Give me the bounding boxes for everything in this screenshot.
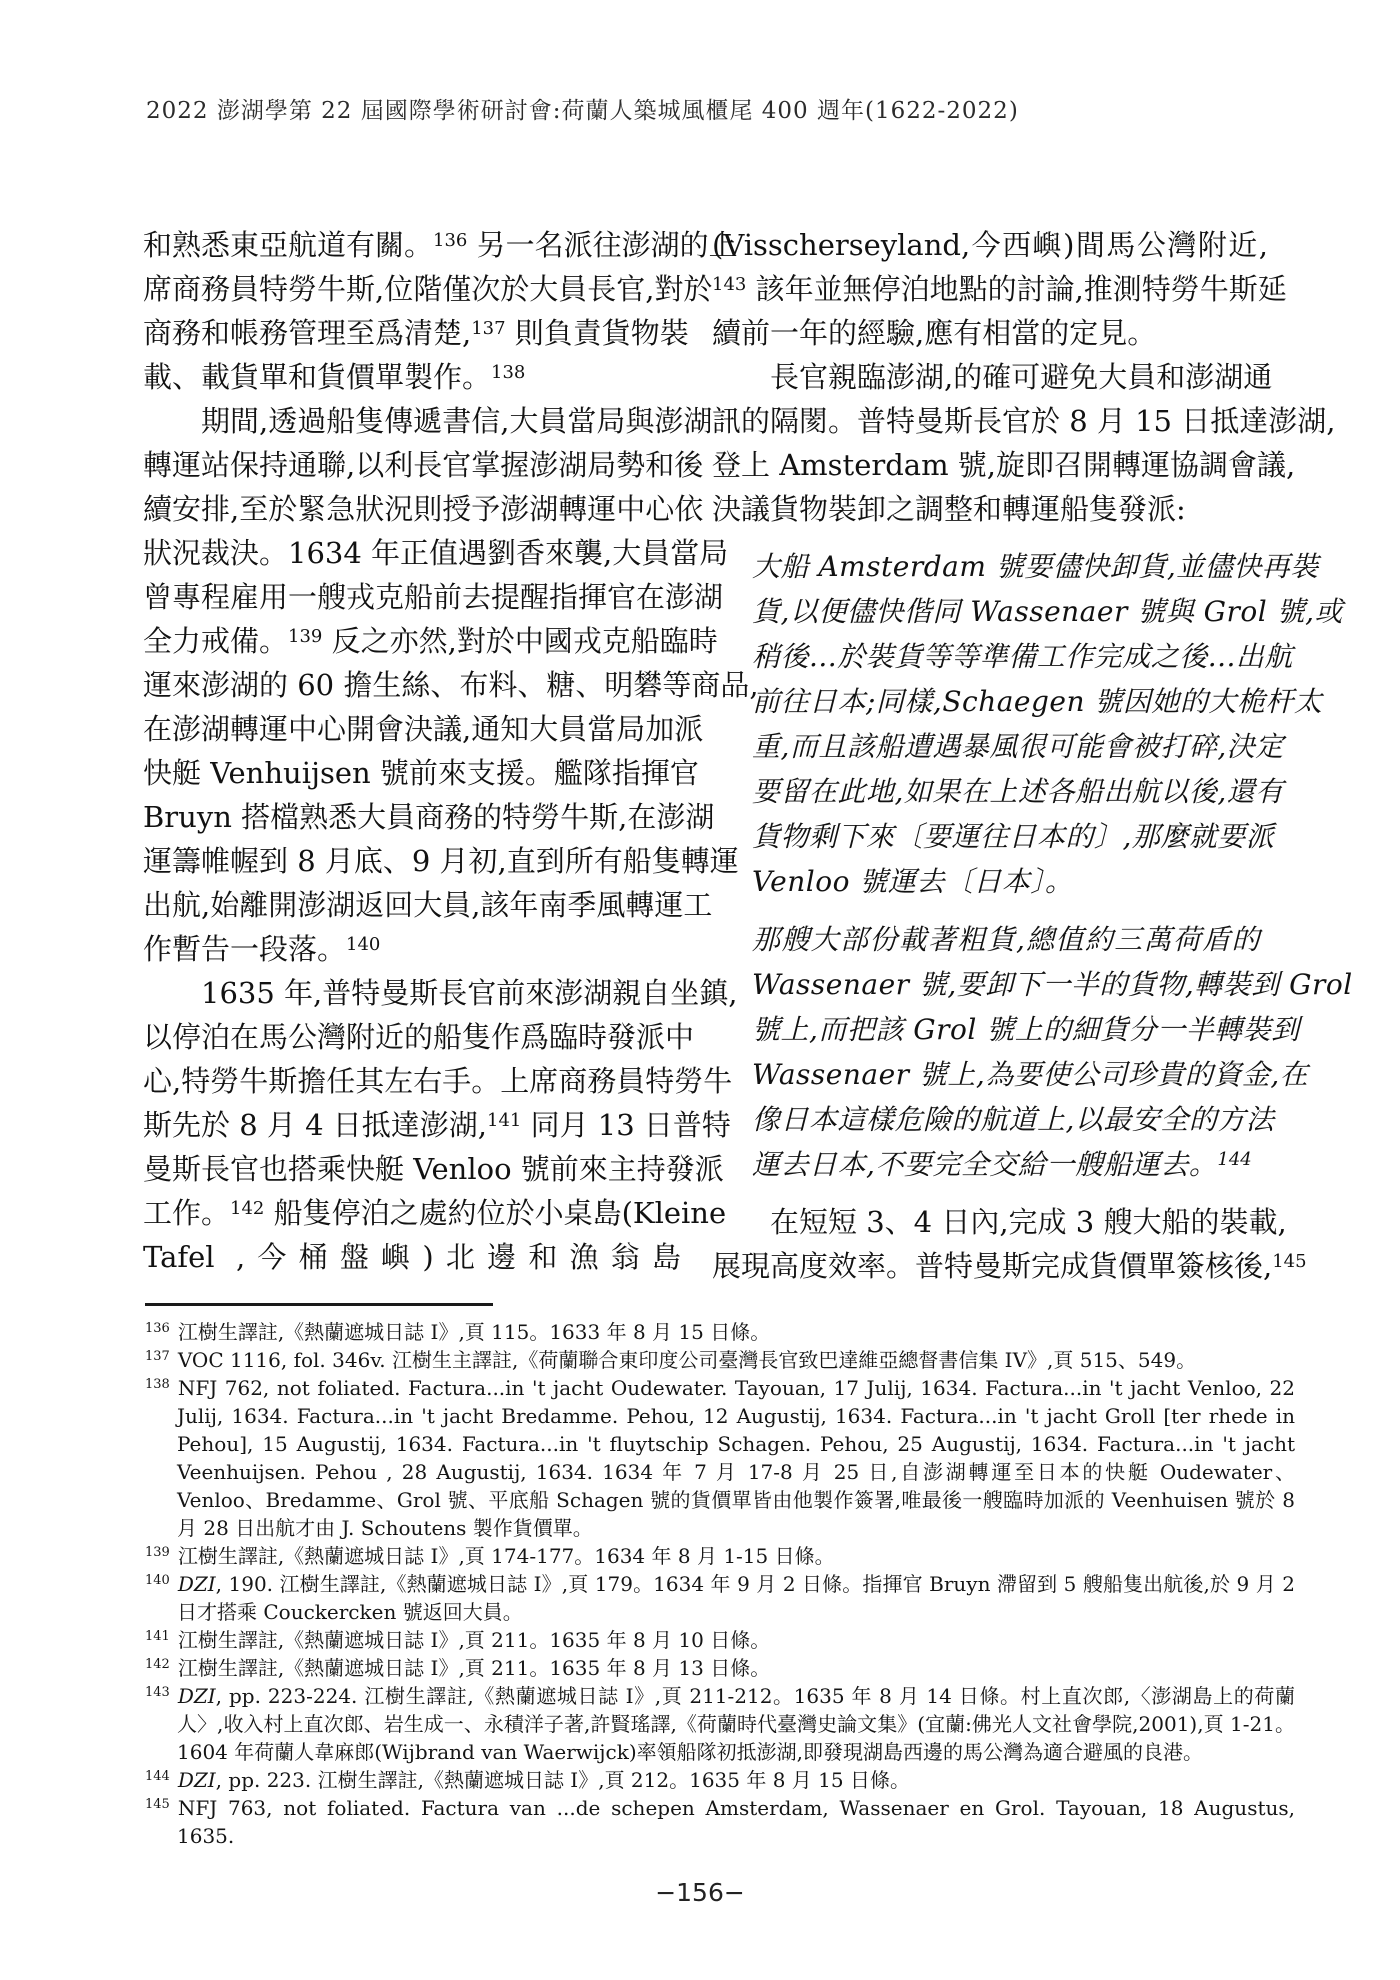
running-header: 2022 澎湖學第 22 屆國際學術研討會:荷蘭人築城風櫃尾 400 週年(16…	[146, 92, 1266, 125]
text-line: Wassenaer 號,要卸下一半的貨物,轉裝到 Grol	[752, 962, 1260, 1007]
text-line: 工作。142 船隻停泊之處約位於小桌島(Kleine	[143, 1191, 681, 1235]
text-line: 運來澎湖的 60 擔生絲、布料、糖、明礬等商品,	[143, 663, 681, 707]
paragraph: (Visscherseyland,今西嶼)間馬公灣附近,143 該年並無停泊地點…	[712, 223, 1268, 531]
text-line: 在短短 3、4 日內,完成 3 艘大船的裝載,	[712, 1200, 1268, 1244]
left-text-column: 和熟悉東亞航道有關。136 另一名派往澎湖的上席商務員特勞牛斯,位階僅次於大員長…	[143, 223, 681, 1279]
text-line: 期間,透過船隻傳遞書信,大員當局與澎湖	[143, 399, 681, 443]
footnote-number: 145	[145, 1797, 170, 1812]
text-line: 那艘大部份載著粗貨,總值約三萬荷盾的	[752, 917, 1260, 962]
text-line: 出航,始離開澎湖返回大員,該年南季風轉運工	[143, 883, 681, 927]
footnote-separator	[145, 1303, 493, 1306]
text-line: 斯先於 8 月 4 日抵達澎湖,141 同月 13 日普特	[143, 1103, 681, 1147]
text-line: 要留在此地,如果在上述各船出航以後,還有	[752, 769, 1260, 814]
footnote-item: 145NFJ 763, not foliated. Factura van ..…	[145, 1794, 1295, 1850]
text-line: 轉運站保持通聯,以利長官掌握澎湖局勢和後	[143, 443, 681, 487]
text-line: 訊的隔閡。普特曼斯長官於 8 月 15 日抵達澎湖,	[712, 399, 1268, 443]
text-line: 作暫告一段落。140	[143, 927, 681, 971]
text-line: 像日本這樣危險的航道上,以最安全的方法	[752, 1097, 1260, 1142]
footnote-number: 144	[145, 1769, 170, 1784]
footnote-item: 142江樹生譯註,《熱蘭遮城日誌 I》,頁 211。1635 年 8 月 13 …	[145, 1654, 1295, 1682]
text-line: 登上 Amsterdam 號,旋即召開轉運協調會議,	[712, 443, 1268, 487]
block-quote: 大船 Amsterdam 號要儘快卸貨,並儘快再裝貨,以便儘快偕同 Wassen…	[752, 544, 1260, 904]
footnote-item: 137VOC 1116, fol. 346v. 江樹生主譯註,《荷蘭聯合東印度公…	[145, 1346, 1295, 1374]
text-line: 續安排,至於緊急狀況則授予澎湖轉運中心依	[143, 487, 681, 531]
footnote-number: 141	[145, 1629, 170, 1644]
footnote-item: 139江樹生譯註,《熱蘭遮城日誌 I》,頁 174-177。1634 年 8 月…	[145, 1542, 1295, 1570]
footnote-number: 140	[145, 1573, 170, 1588]
block-quote: 那艘大部份載著粗貨,總值約三萬荷盾的Wassenaer 號,要卸下一半的貨物,轉…	[752, 917, 1260, 1187]
text-line: 貨,以便儘快偕同 Wassenaer 號與 Grol 號,或	[752, 589, 1260, 634]
text-line: 長官親臨澎湖,的確可避免大員和澎湖通	[712, 355, 1268, 399]
footnotes-section: 136江樹生譯註,《熱蘭遮城日誌 I》,頁 115。1633 年 8 月 15 …	[145, 1318, 1295, 1850]
paragraph: 和熟悉東亞航道有關。136 另一名派往澎湖的上席商務員特勞牛斯,位階僅次於大員長…	[143, 223, 681, 1279]
text-line: 心,特勞牛斯擔任其左右手。上席商務員特勞牛	[143, 1059, 681, 1103]
footnote-number: 142	[145, 1657, 170, 1672]
text-line: 以停泊在馬公灣附近的船隻作爲臨時發派中	[143, 1015, 681, 1059]
text-line: 143 該年並無停泊地點的討論,推測特勞牛斯延	[712, 267, 1268, 311]
text-line: Wassenaer 號上,為要使公司珍貴的資金,在	[752, 1052, 1260, 1097]
footnote-item: 140DZI, 190. 江樹生譯註,《熱蘭遮城日誌 I》,頁 179。1634…	[145, 1570, 1295, 1626]
text-line: 曾專程雇用一艘戎克船前去提醒指揮官在澎湖	[143, 575, 681, 619]
text-line: 重,而且該船遭遇暴風很可能會被打碎,決定	[752, 724, 1260, 769]
footnote-item: 143DZI, pp. 223-224. 江樹生譯註,《熱蘭遮城日誌 I》,頁 …	[145, 1682, 1295, 1766]
footnote-item: 136江樹生譯註,《熱蘭遮城日誌 I》,頁 115。1633 年 8 月 15 …	[145, 1318, 1295, 1346]
text-line: 稍後...於裝貨等等準備工作完成之後...出航	[752, 634, 1260, 679]
text-line: 展現高度效率。普特曼斯完成貨價單簽核後,145	[712, 1244, 1268, 1288]
text-line: 曼斯長官也搭乘快艇 Venloo 號前來主持發派	[143, 1147, 681, 1191]
footnote-number: 137	[145, 1349, 170, 1364]
footnote-number: 143	[145, 1685, 170, 1700]
text-line: 前往日本;同樣,Schaegen 號因她的大桅杆太	[752, 679, 1260, 724]
text-line: 狀況裁決。1634 年正值遇劉香來襲,大員當局	[143, 531, 681, 575]
footnote-number: 136	[145, 1321, 170, 1336]
text-line: 全力戒備。139 反之亦然,對於中國戎克船臨時	[143, 619, 681, 663]
text-line: 運籌帷幄到 8 月底、9 月初,直到所有船隻轉運	[143, 839, 681, 883]
text-line: Tafel ,今桶盤嶼)北邊和漁翁島	[143, 1235, 681, 1279]
text-line: Bruyn 搭檔熟悉大員商務的特勞牛斯,在澎湖	[143, 795, 681, 839]
text-line: 大船 Amsterdam 號要儘快卸貨,並儘快再裝	[752, 544, 1260, 589]
text-line: Venloo 號運去〔日本〕。	[752, 859, 1260, 904]
text-line: 貨物剩下來〔要運往日本的〕,那麼就要派	[752, 814, 1260, 859]
document-page: 2022 澎湖學第 22 屆國際學術研討會:荷蘭人築城風櫃尾 400 週年(16…	[0, 0, 1400, 1980]
text-line: (Visscherseyland,今西嶼)間馬公灣附近,	[712, 223, 1268, 267]
text-line: 續前一年的經驗,應有相當的定見。	[712, 311, 1268, 355]
footnote-item: 141江樹生譯註,《熱蘭遮城日誌 I》,頁 211。1635 年 8 月 10 …	[145, 1626, 1295, 1654]
text-line: 在澎湖轉運中心開會決議,通知大員當局加派	[143, 707, 681, 751]
text-line: 1635 年,普特曼斯長官前來澎湖親自坐鎮,	[143, 971, 681, 1015]
page-number: −156−	[0, 1878, 1400, 1907]
footnote-number: 139	[145, 1545, 170, 1560]
text-line: 決議貨物裝卸之調整和轉運船隻發派:	[712, 487, 1268, 531]
footnote-item: 144DZI, pp. 223. 江樹生譯註,《熱蘭遮城日誌 I》,頁 212。…	[145, 1766, 1295, 1794]
text-line: 運去日本,不要完全交給一艘船運去。144	[752, 1142, 1260, 1187]
text-line: 和熟悉東亞航道有關。136 另一名派往澎湖的上	[143, 223, 681, 267]
text-line: 載、載貨單和貨價單製作。138	[143, 355, 681, 399]
footnote-number: 138	[145, 1377, 170, 1392]
paragraph: 在短短 3、4 日內,完成 3 艘大船的裝載,展現高度效率。普特曼斯完成貨價單簽…	[712, 1200, 1268, 1288]
text-line: 快艇 Venhuijsen 號前來支援。艦隊指揮官	[143, 751, 681, 795]
footnote-item: 138NFJ 762, not foliated. Factura...in '…	[145, 1374, 1295, 1542]
text-line: 席商務員特勞牛斯,位階僅次於大員長官,對於	[143, 267, 681, 311]
right-text-column: (Visscherseyland,今西嶼)間馬公灣附近,143 該年並無停泊地點…	[712, 223, 1268, 1288]
text-line: 號上,而把該 Grol 號上的細貨分一半轉裝到	[752, 1007, 1260, 1052]
text-line: 商務和帳務管理至爲清楚,137 則負責貨物裝	[143, 311, 681, 355]
